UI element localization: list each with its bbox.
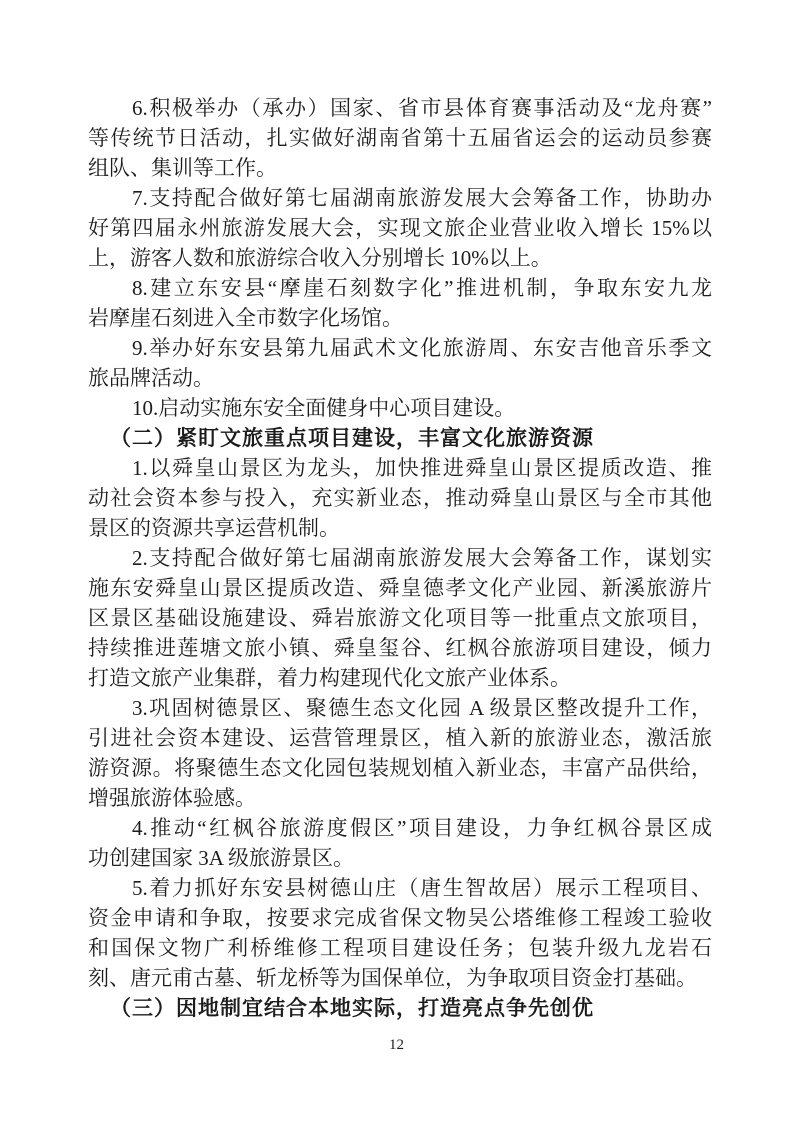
page-footer: 12 <box>0 1036 793 1054</box>
body-text-line: 增强旅游体验感。 <box>88 783 712 813</box>
body-text-line: 10.启动实施东安全面健身中心项目建设。 <box>88 393 712 423</box>
body-text-line: 刻、唐元甫古墓、斩龙桥等为国保单位，为争取项目资金打基础。 <box>88 963 712 993</box>
body-text-line: 2.支持配合做好第七届湖南旅游发展大会筹备工作，谋划实 <box>88 543 712 573</box>
body-text-line: 持续推进莲塘文旅小镇、舜皇玺谷、红枫谷旅游项目建设，倾力 <box>88 633 712 663</box>
body-text-line: 游资源。将聚德生态文化园包装规划植入新业态，丰富产品供给， <box>88 753 712 783</box>
body-text-line: 景区的资源共享运营机制。 <box>88 513 712 543</box>
body-text-line: 功创建国家 3A 级旅游景区。 <box>88 843 712 873</box>
document-page: 6.积极举办（承办）国家、省市县体育赛事活动及“龙舟赛”等传统节日活动，扎实做好… <box>0 0 793 1122</box>
body-text-line: 资金申请和争取，按要求完成省保文物吴公塔维修工程竣工验收 <box>88 903 712 933</box>
body-text-line: 9.举办好东安县第九届武术文化旅游周、东安吉他音乐季文 <box>88 333 712 363</box>
body-text-line: 旅品牌活动。 <box>88 363 712 393</box>
body-text-line: 3.巩固树德景区、聚德生态文化园 A 级景区整改提升工作， <box>88 693 712 723</box>
section-heading-line: （三）因地制宜结合本地实际，打造亮点争先创优 <box>88 993 712 1023</box>
section-heading-line: （二）紧盯文旅重点项目建设，丰富文化旅游资源 <box>88 423 712 453</box>
body-text-line: 区景区基础设施建设、舜岩旅游文化项目等一批重点文旅项目， <box>88 603 712 633</box>
body-text-line: 引进社会资本建设、运营管理景区，植入新的旅游业态，激活旅 <box>88 723 712 753</box>
body-text-line: 组队、集训等工作。 <box>88 153 712 183</box>
body-text-line: 7.支持配合做好第七届湖南旅游发展大会筹备工作，协助办 <box>88 183 712 213</box>
body-text-line: 6.积极举办（承办）国家、省市县体育赛事活动及“龙舟赛” <box>88 93 712 123</box>
body-text-line: 施东安舜皇山景区提质改造、舜皇德孝文化产业园、新溪旅游片 <box>88 573 712 603</box>
body-text-line: 动社会资本参与投入，充实新业态，推动舜皇山景区与全市其他 <box>88 483 712 513</box>
body-text-line: 4.推动“红枫谷旅游度假区”项目建设，力争红枫谷景区成 <box>88 813 712 843</box>
body-text-line: 上，游客人数和旅游综合收入分别增长 10%以上。 <box>88 243 712 273</box>
body-text-line: 8.建立东安县“摩崖石刻数字化”推进机制，争取东安九龙 <box>88 273 712 303</box>
document-body: 6.积极举办（承办）国家、省市县体育赛事活动及“龙舟赛”等传统节日活动，扎实做好… <box>88 93 712 1023</box>
body-text-line: 岩摩崖石刻进入全市数字化场馆。 <box>88 303 712 333</box>
body-text-line: 打造文旅产业集群，着力构建现代化文旅产业体系。 <box>88 663 712 693</box>
body-text-line: 等传统节日活动，扎实做好湖南省第十五届省运会的运动员参赛 <box>88 123 712 153</box>
body-text-line: 1.以舜皇山景区为龙头，加快推进舜皇山景区提质改造、推 <box>88 453 712 483</box>
body-text-line: 5.着力抓好东安县树德山庄（唐生智故居）展示工程项目、 <box>88 873 712 903</box>
body-text-line: 和国保文物广利桥维修工程项目建设任务；包装升级九龙岩石 <box>88 933 712 963</box>
page-number: 12 <box>389 1037 404 1053</box>
body-text-line: 好第四届永州旅游发展大会，实现文旅企业营业收入增长 15%以 <box>88 213 712 243</box>
